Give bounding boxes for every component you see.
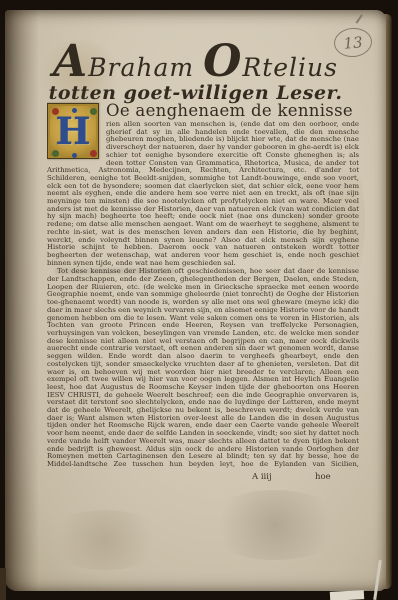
body-paragraph-2: Tot dese kennisse der Historien oft gesc… <box>47 268 359 468</box>
body-paragraph-1: HOe aenghenaem de kennisse der Histo-rie… <box>47 100 359 267</box>
drop-cap-letter: H <box>56 113 91 150</box>
title-initial-a: A <box>53 36 88 87</box>
paper-stain <box>45 510 165 570</box>
pencil-tick-mark <box>356 14 363 23</box>
illuminated-initial: H <box>47 103 99 159</box>
paper-stain <box>205 490 345 560</box>
paper-scrap <box>330 590 364 600</box>
title-word-space <box>194 53 203 82</box>
title-initial-o: O <box>203 36 242 87</box>
paper-scrap <box>0 568 6 600</box>
title-word-rtelius: Rtelius <box>242 53 338 82</box>
signature-row: A iiij hoe <box>47 472 359 484</box>
scan-background: 13 ABraham ORtelius totten goet-willigen… <box>0 0 398 600</box>
title-word-braham: Braham <box>88 53 194 82</box>
catchword: hoe <box>315 472 331 482</box>
page-title-line1: ABraham ORtelius <box>5 42 386 84</box>
book-page: 13 ABraham ORtelius totten goet-willigen… <box>5 10 386 591</box>
signature-mark: A iiij <box>252 472 272 482</box>
body-text-block: HOe aenghenaem de kennisse der Histo-rie… <box>47 100 359 468</box>
